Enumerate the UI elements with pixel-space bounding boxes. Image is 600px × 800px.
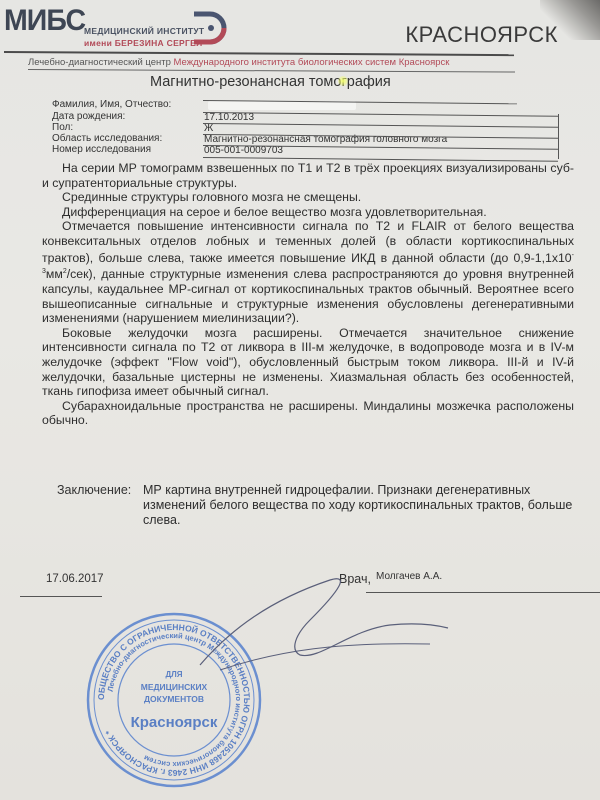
date-underline (20, 596, 102, 597)
document-title: Магнитно-резонансная томография (150, 74, 391, 90)
findings-paragraph: На серии МР томограмм взвешенных по Т1 и… (42, 161, 574, 190)
info-value: 17.10.2013 (204, 112, 254, 123)
info-label: Дата рождения: (52, 111, 125, 122)
findings-paragraph: Субарахноидальные пространства не расшир… (42, 399, 574, 428)
center-subtitle: Лечебно-диагностический центр Международ… (28, 57, 449, 68)
header-divider (4, 51, 514, 56)
light-glare (338, 76, 348, 86)
document-page: МИБС МЕДИЦИНСКИЙ ИНСТИТУТ имени БЕРЕЗИНА… (0, 0, 600, 800)
text-span: Отмечается повышение интенсивности сигна… (42, 219, 574, 264)
logo-line1: МЕДИЦИНСКИЙ ИНСТИТУТ (84, 26, 204, 36)
findings-paragraph: Срединные структуры головного мозга не с… (42, 190, 574, 205)
logo-line2: имени БЕРЕЗИНА СЕРГЕЯ (84, 38, 203, 48)
table-border (558, 114, 559, 159)
conclusion-label: Заключение: (57, 483, 131, 497)
institute-logo: МИБС МЕДИЦИНСКИЙ ИНСТИТУТ имени БЕРЕЗИНА… (4, 4, 234, 50)
header-city: КРАСНОЯРСК (405, 22, 558, 48)
report-date: 17.06.2017 (46, 573, 104, 585)
stamp-line3: ДОКУМЕНТОВ (124, 694, 224, 704)
subtitle-divider (28, 69, 515, 73)
table-line (203, 123, 558, 128)
conclusion-text: МР картина внутренней гидроцефалии. Приз… (143, 483, 583, 528)
info-label: Область исследования: (52, 133, 162, 144)
findings-text: На серии МР томограмм взвешенных по Т1 и… (42, 161, 574, 428)
info-label: Пол: (52, 122, 73, 133)
logo-mark: МИБС (4, 4, 85, 38)
info-value: Ж (204, 123, 213, 134)
table-line (203, 112, 558, 117)
center-highlight: Международного института биологических с… (174, 57, 450, 68)
info-label: Фамилия, Имя, Отчество: (52, 99, 171, 110)
text-span: /сек), данные структурные изменения слев… (42, 267, 574, 325)
center-prefix: Лечебно-диагностический центр (28, 57, 174, 68)
text-span: мм (46, 267, 63, 281)
findings-paragraph: Дифференциация на серое и белое вещество… (42, 205, 574, 220)
signature-icon (190, 570, 450, 680)
findings-paragraph: Боковые желудочки мозга расширены. Отмеч… (42, 326, 574, 399)
stamp-city: Красноярск (108, 714, 240, 731)
findings-paragraph: Отмечается повышение интенсивности сигна… (42, 219, 574, 325)
info-label: Номер исследования (52, 144, 151, 155)
stamp-line2: МЕДИЦИНСКИХ (124, 682, 224, 692)
logo-arc-icon (194, 10, 228, 46)
